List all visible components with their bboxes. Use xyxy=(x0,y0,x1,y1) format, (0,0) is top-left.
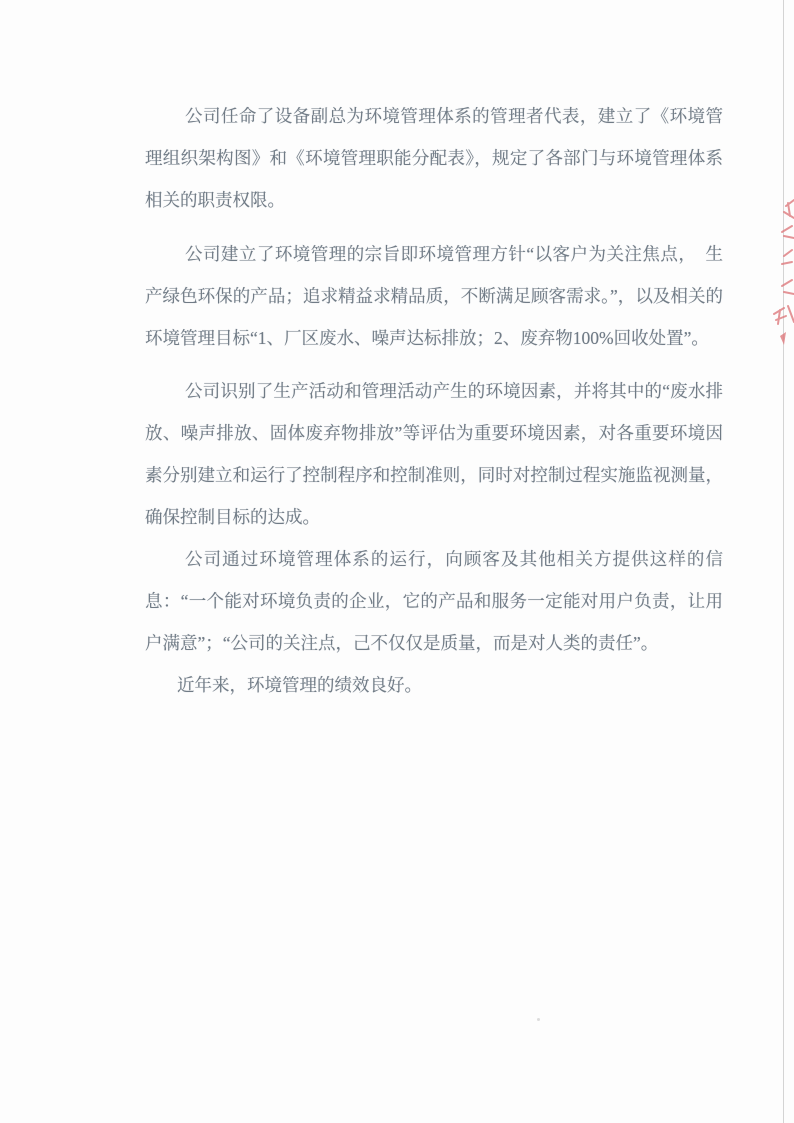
paragraph: 公司识别了生产活动和管理活动产生的环境因素，并将其中的“废水排放、噪声排放、固体… xyxy=(145,370,723,538)
paragraph: 公司建立了环境管理的宗旨即环境管理方针“以客户为关注焦点， 生产绿色环保的产品；… xyxy=(145,233,723,359)
document-page: 公司任命了设备副总为环境管理体系的管理者代表，建立了《环境管理组织架构图》和《环… xyxy=(0,0,794,1123)
red-stamp-fragment xyxy=(772,198,794,353)
paragraph: 近年来，环境管理的绩效良好。 xyxy=(145,664,723,706)
paragraph: 公司通过环境管理体系的运行，向顾客及其他相关方提供这样的信息：“一个能对环境负责… xyxy=(145,538,723,664)
paragraph: 公司任命了设备副总为环境管理体系的管理者代表，建立了《环境管理组织架构图》和《环… xyxy=(145,95,723,221)
scan-speck xyxy=(537,1018,540,1021)
document-body: 公司任命了设备副总为环境管理体系的管理者代表，建立了《环境管理组织架构图》和《环… xyxy=(145,95,723,706)
scan-edge-line xyxy=(783,0,784,1123)
